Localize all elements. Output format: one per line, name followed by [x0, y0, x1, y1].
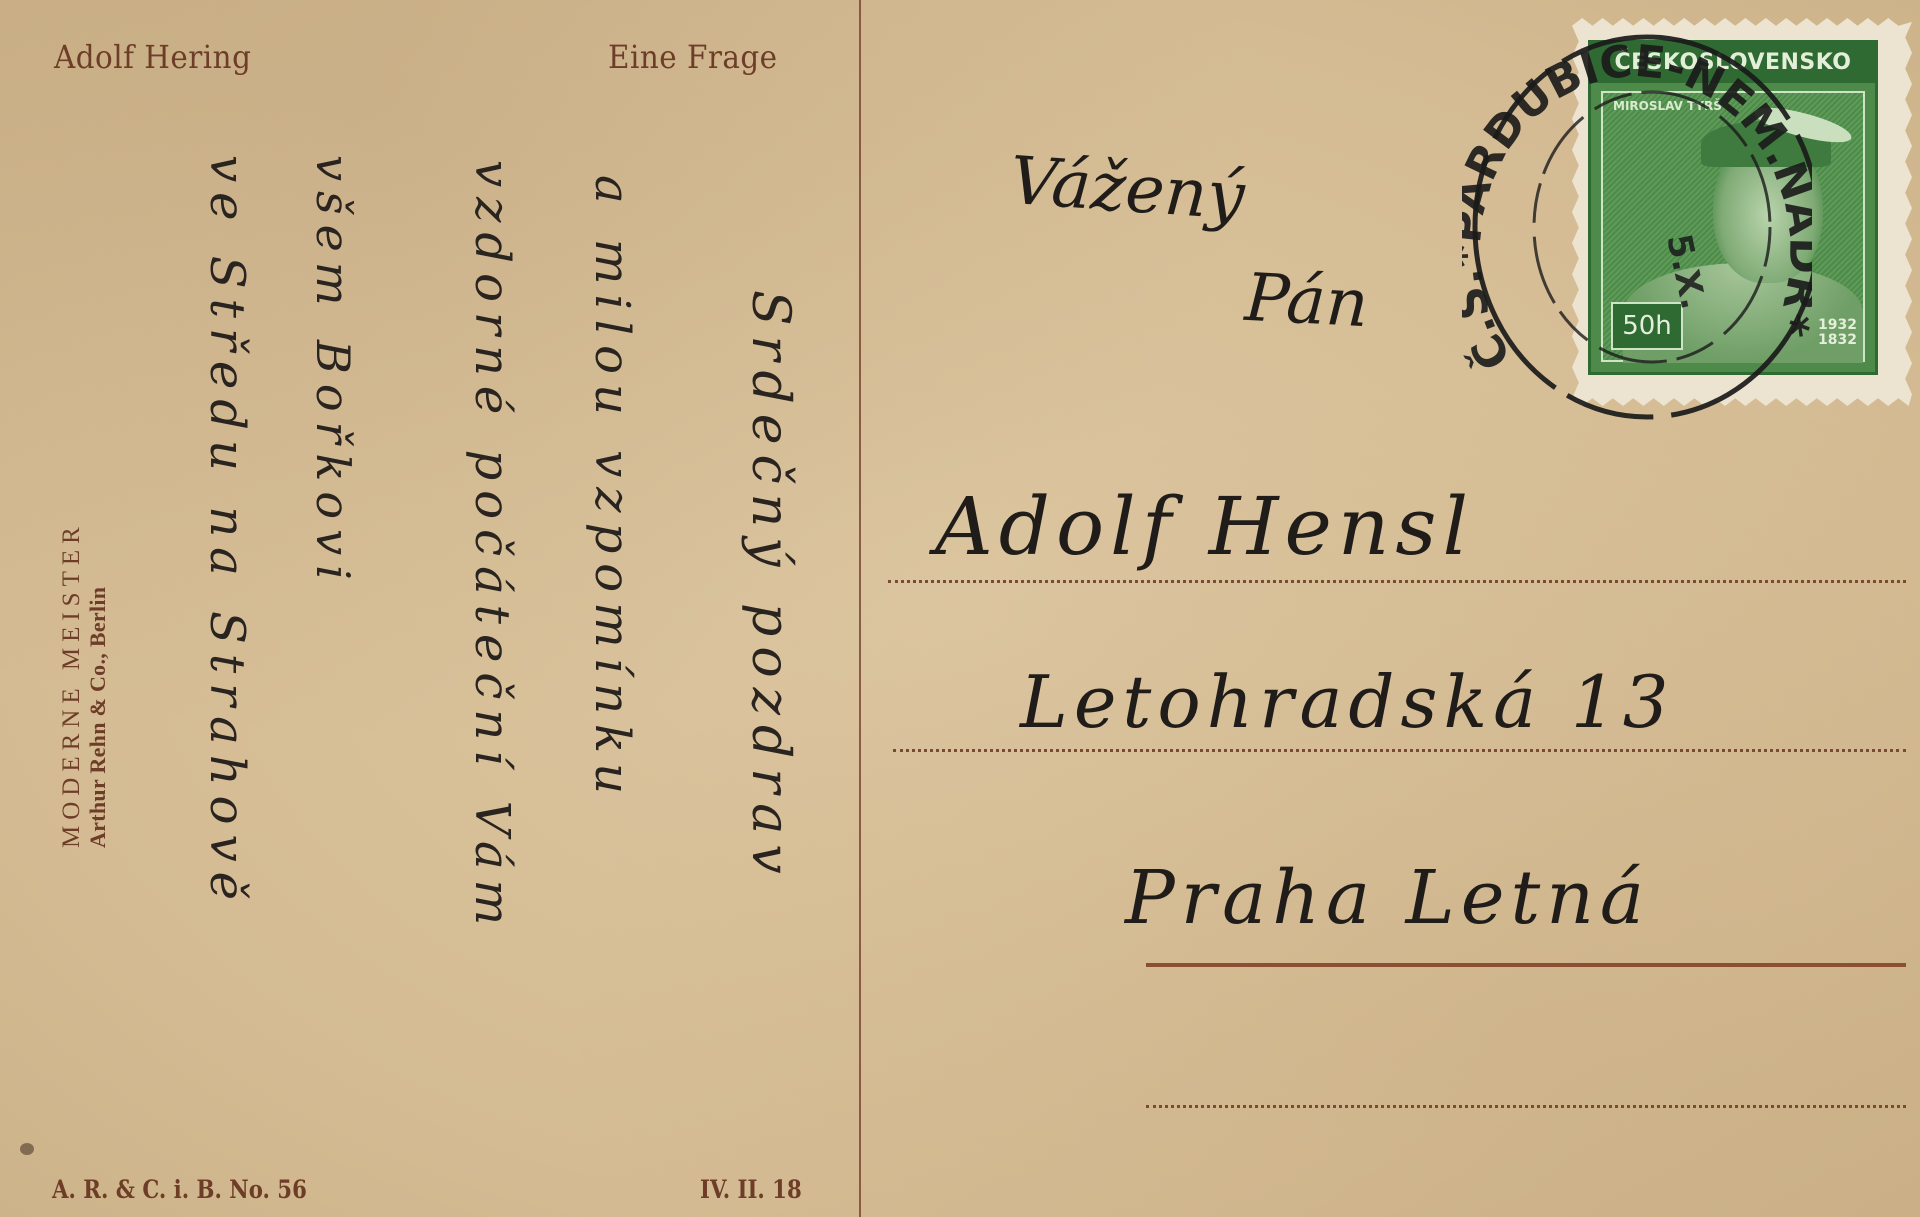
- publisher-imprint: Arthur Rehn & Co., Berlin: [86, 521, 110, 848]
- city-underline: [1146, 963, 1906, 967]
- message-line: a milou vzpomínku: [584, 175, 640, 804]
- stamp-year-start: 1832: [1818, 333, 1857, 348]
- stamp-frame: ČESKOSLOVENSKO MIROSLAV TYRŠ 50h 1932 18…: [1588, 40, 1878, 375]
- address-line-1: [888, 580, 1906, 583]
- artist-name: Adolf Hering: [54, 38, 251, 76]
- message-line: Srdečný pozdrav: [740, 290, 800, 884]
- message-line: vzdorné počáteční Vám: [464, 160, 520, 935]
- recipient-city: Praha Letná: [1125, 855, 1650, 941]
- address-line-4: [1146, 1105, 1906, 1108]
- address-salutation: Vážený: [1008, 142, 1247, 235]
- address-line-2: [893, 749, 1906, 752]
- ink-smudge: [20, 1143, 34, 1155]
- address-title: Pán: [1243, 259, 1370, 342]
- postcard-back: Adolf Hering Eine Frage MODERNE MEISTER …: [0, 0, 1920, 1217]
- message-line: všem Bořkovi: [306, 155, 360, 590]
- recipient-name: Adolf Hensl: [935, 480, 1474, 573]
- series-name: MODERNE MEISTER: [58, 521, 86, 848]
- stamp-year-end: 1932: [1818, 318, 1857, 333]
- artwork-title: Eine Frage: [608, 38, 778, 76]
- postage-stamp: ČESKOSLOVENSKO MIROSLAV TYRŠ 50h 1932 18…: [1572, 18, 1912, 406]
- stamp-years: 1932 1832: [1818, 318, 1857, 348]
- recipient-street: Letohradská 13: [1020, 660, 1675, 744]
- center-divider: [859, 0, 861, 1217]
- catalog-number: A. R. & C. i. B. No. 56: [52, 1175, 307, 1204]
- stamp-portrait: MIROSLAV TYRŠ 50h 1932 1832: [1601, 91, 1865, 362]
- stamp-value: 50h: [1611, 302, 1683, 350]
- stamp-country: ČESKOSLOVENSKO: [1591, 43, 1875, 83]
- publisher-block: MODERNE MEISTER Arthur Rehn & Co., Berli…: [58, 521, 110, 848]
- message-line: ve Středu na Strahově: [199, 155, 255, 910]
- print-code: IV. II. 18: [700, 1175, 802, 1204]
- stamp-subject: MIROSLAV TYRŠ: [1613, 99, 1722, 113]
